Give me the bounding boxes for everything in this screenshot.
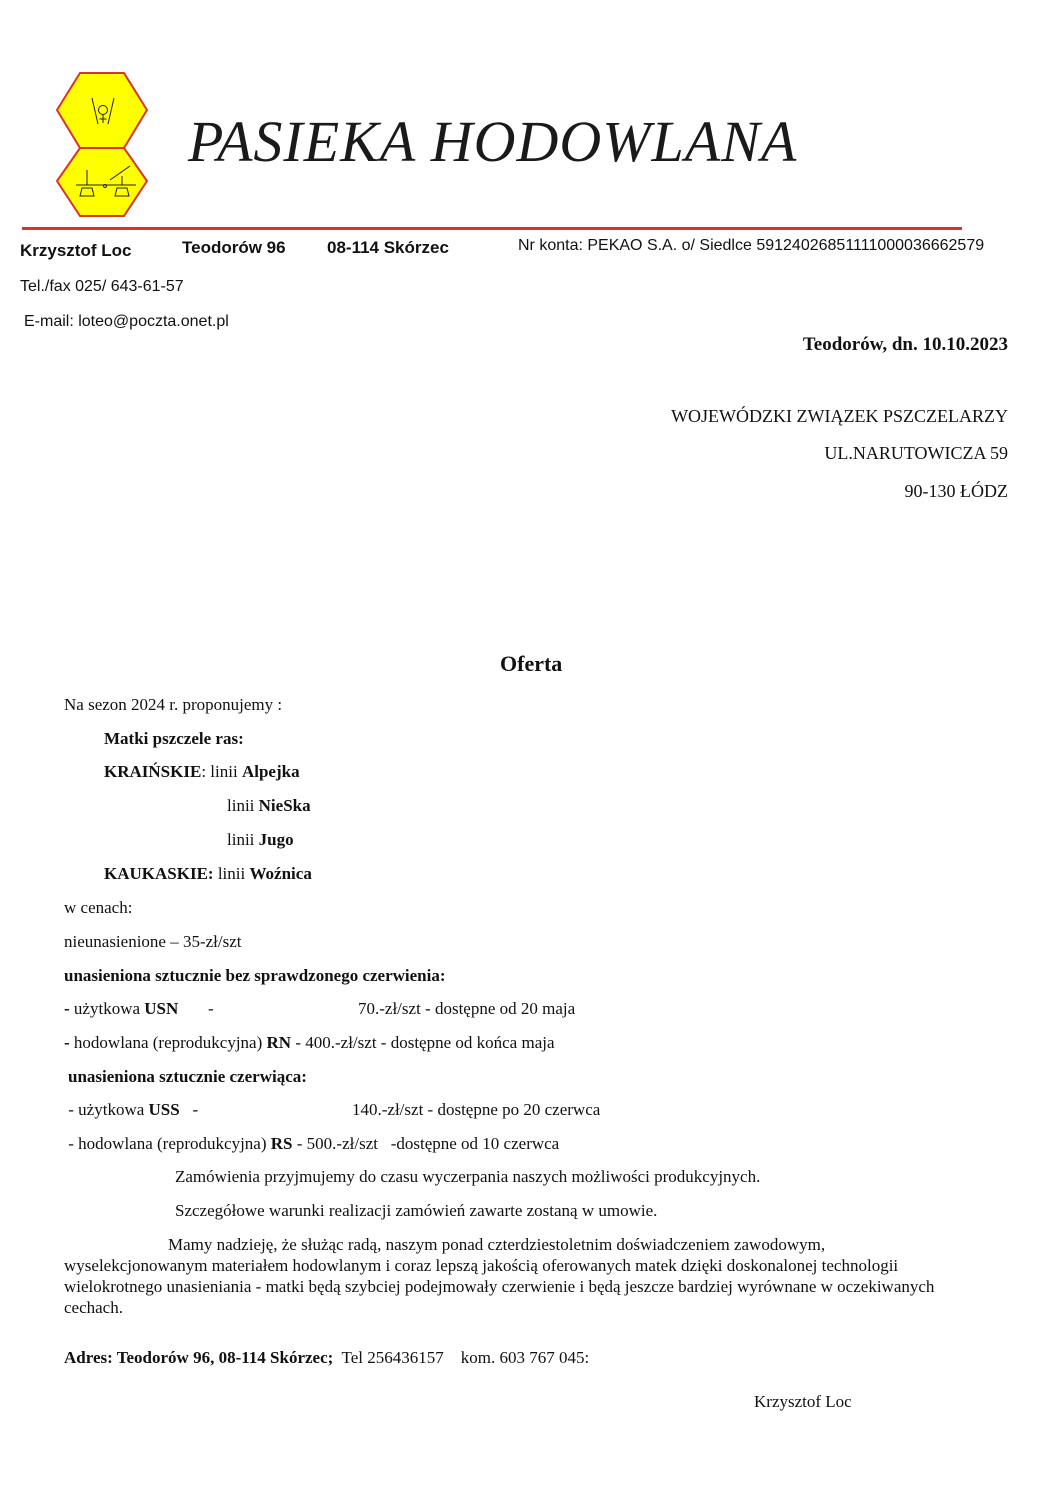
apiary-logo (52, 68, 152, 218)
recipient-name: WOJEWÓDZKI ZWIĄZEK PSZCZELARZY (671, 406, 1008, 427)
letterhead-divider (22, 227, 962, 230)
hexagon-top (57, 73, 147, 148)
owner-postal: 08-114 Skórzec (327, 238, 449, 258)
prices-label: w cenach: (64, 898, 132, 918)
race-row: linii Jugo (227, 830, 294, 850)
price-row-rn: - hodowlana (reprodukcyjna) RN - 400.-zł… (64, 1033, 555, 1053)
price-row-uss: - użytkowa USS - (64, 1100, 198, 1120)
signature: Krzysztof Loc (754, 1392, 852, 1412)
price-usn: 70.-zł/szt - dostępne od 20 maja (358, 999, 575, 1019)
price-row-rs: - hodowlana (reprodukcyjna) RS - 500.-zł… (64, 1134, 559, 1154)
price-row-usn: - użytkowa USN - (64, 999, 214, 1019)
recipient-city: 90-130 ŁÓDZ (905, 481, 1008, 502)
letterhead-title: PASIEKA HODOWLANA (188, 108, 797, 175)
race-row: linii NieSka (227, 796, 311, 816)
owner-street: Teodorów 96 (182, 238, 286, 258)
price-unmated: nieunasienione – 35-zł/szt (64, 932, 242, 952)
race-row: KAUKASKIE: linii Woźnica (104, 864, 312, 884)
offer-heading: Oferta (500, 651, 562, 677)
owner-name: Krzysztof Loc (20, 241, 131, 261)
note-terms: Szczegółowe warunki realizacji zamówień … (175, 1201, 657, 1221)
email[interactable]: E-mail: loteo@poczta.onet.pl (24, 313, 229, 331)
group1-label: unasieniona sztucznie bez sprawdzonego c… (64, 966, 446, 986)
closing-paragraph: Mamy nadzieję, że służąc radą, naszym po… (64, 1234, 964, 1318)
recipient-street: UL.NARUTOWICZA 59 (824, 443, 1008, 464)
race-row: KRAIŃSKIE: linii Alpejka (104, 762, 300, 782)
hexagon-bottom (57, 148, 147, 216)
phone-fax: Tel./fax 025/ 643-61-57 (20, 278, 184, 296)
races-label: Matki pszczele ras: (104, 729, 244, 749)
offer-intro: Na sezon 2024 r. proponujemy : (64, 695, 282, 715)
group2-label: unasieniona sztucznie czerwiąca: (68, 1067, 307, 1087)
contact-address: Adres: Teodorów 96, 08-114 Skórzec; Tel … (64, 1348, 589, 1368)
date-line: Teodorów, dn. 10.10.2023 (803, 334, 1008, 356)
price-uss: 140.-zł/szt - dostępne po 20 czerwca (352, 1100, 600, 1120)
note-orders: Zamówienia przyjmujemy do czasu wyczerpa… (175, 1167, 760, 1187)
bank-account: Nr konta: PEKAO S.A. o/ Siedlce 59124026… (518, 237, 984, 255)
